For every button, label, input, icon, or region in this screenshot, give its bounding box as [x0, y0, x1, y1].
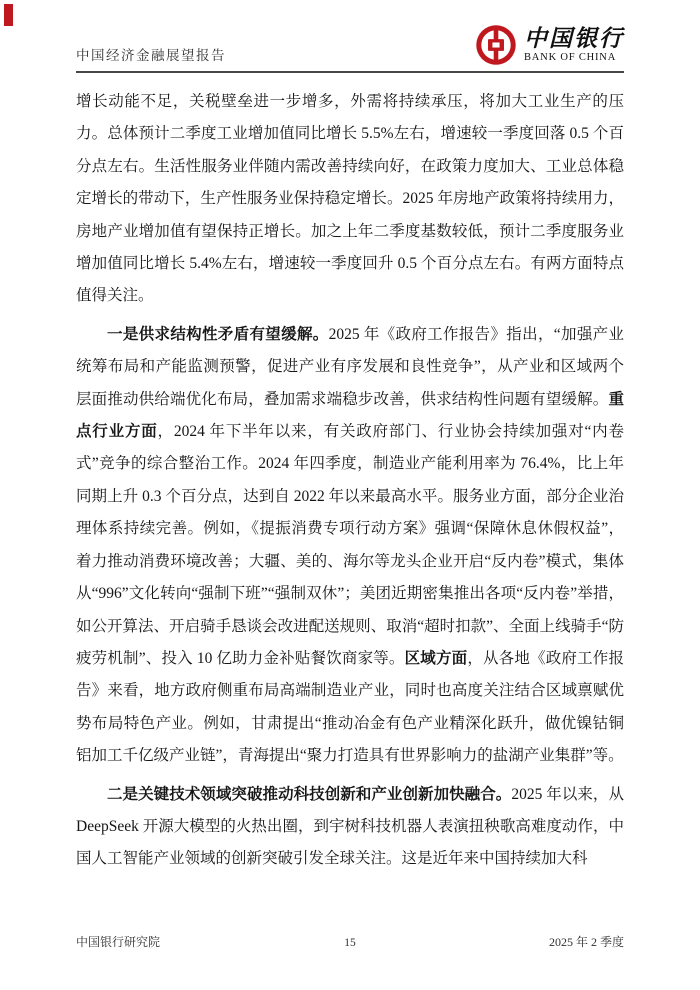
bank-of-china-emblem-icon [475, 24, 517, 66]
footer-edition: 2025 年 2 季度 [441, 933, 624, 950]
paragraph-bold-run: 二是关键技术领域突破推动科技创新和产业创新加快融合。 [107, 786, 511, 803]
paragraph: 二是关键技术领域突破推动科技创新和产业创新加快融合。2025 年以来，从 Dee… [76, 779, 624, 876]
paragraph-text-run: ，从各地《政府工作报告》来看，地方政府侧重布局高端制造业产业，同时也高度关注结合… [76, 650, 624, 764]
bank-of-china-logo: 中国银行 BANK OF CHINA [475, 24, 624, 66]
bank-name-english: BANK OF CHINA [524, 53, 616, 64]
corner-accent-mark [4, 4, 13, 26]
bank-of-china-wordmark: 中国银行 BANK OF CHINA [524, 27, 624, 64]
paragraph-bold-run: 区域方面 [405, 650, 468, 667]
paragraph-text-run: ，2024 年下半年以来，有关政府部门、行业协会持续加强对“内卷式”竞争的综合整… [76, 423, 624, 667]
report-page: 中国经济金融展望报告 中国银行 BANK OF CHINA 增长动能不足，关税壁… [0, 0, 700, 990]
bank-name-chinese: 中国银行 [524, 27, 624, 50]
footer-institution: 中国银行研究院 [76, 933, 259, 950]
page-footer: 中国银行研究院 15 2025 年 2 季度 [76, 933, 624, 950]
paragraph: 一是供求结构性矛盾有望缓解。2025 年《政府工作报告》指出，“加强产业统筹布局… [76, 319, 624, 773]
report-series-title: 中国经济金融展望报告 [76, 44, 226, 64]
footer-page-number: 15 [259, 937, 442, 949]
page-header: 中国经济金融展望报告 中国银行 BANK OF CHINA [76, 0, 624, 73]
body-paragraphs: 增长动能不足，关税壁垒进一步增多，外需将持续承压，将加大工业生产的压力。总体预计… [76, 86, 624, 876]
paragraph-text-run: 增长动能不足，关税壁垒进一步增多，外需将持续承压，将加大工业生产的压力。总体预计… [76, 93, 624, 304]
paragraph-bold-run: 一是供求结构性矛盾有望缓解。 [107, 326, 329, 343]
paragraph: 增长动能不足，关税壁垒进一步增多，外需将持续承压，将加大工业生产的压力。总体预计… [76, 86, 624, 313]
